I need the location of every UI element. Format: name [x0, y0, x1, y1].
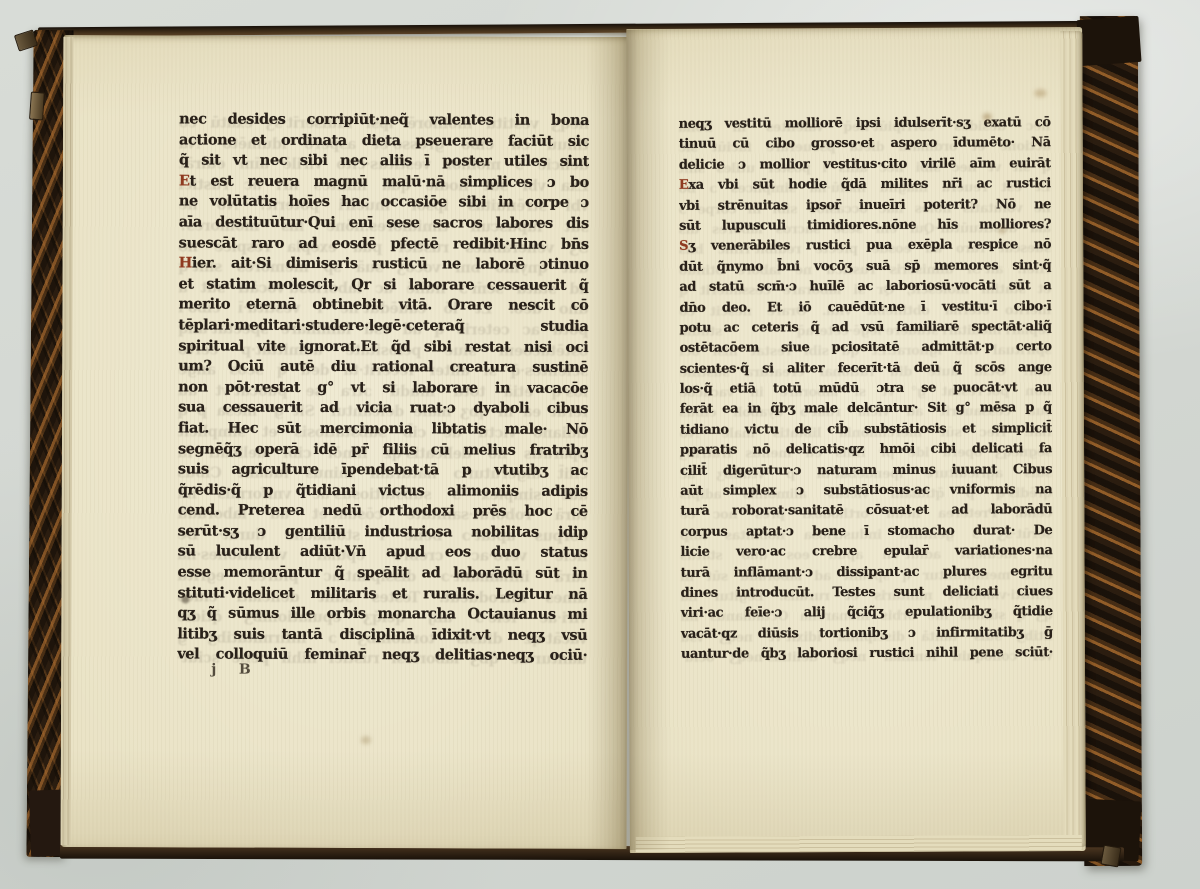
signature-mark: j B	[211, 662, 253, 678]
text-line: sua cessauerit ad vicia ruat·ɔ dyaboli c…	[178, 398, 588, 420]
text-line: ad statū scm̄·ɔ huīlē ac laboriosū·vocāt…	[679, 276, 1051, 298]
ink-spot	[181, 595, 189, 603]
text-line: fiat. Hec sūt mercimonia libtatis male· …	[178, 418, 588, 440]
text-line: Exa vbi sūt hodie q̃dā milites nr̄i ac r…	[679, 174, 1051, 196]
foxing-spot	[1034, 89, 1046, 97]
text-line: non pōt·restat g° vt si laborare in vaca…	[178, 377, 588, 399]
text-line: ferāt ea in q̃bʒ male delcāntur· Sit g° …	[680, 399, 1052, 421]
text-line: scientes·q̃ si aliter fecerīt·tā deū q̃ …	[680, 358, 1052, 380]
text-line: turā roborat·sanitatē cōsuat·et ad labor…	[680, 501, 1052, 523]
text-line: Sʒ venerābiles rustici pua exēpla respic…	[679, 235, 1051, 257]
text-line: delicie ɔ mollior vestitus·cito virilē a…	[679, 154, 1051, 176]
text-line: stituti·videlicet militaris et ruralis. …	[177, 583, 587, 605]
text-line: cend. Preterea nedū orthodoxi prēs hoc c…	[178, 501, 588, 523]
text-line: suescāt raro ad eosdē pfectē redibit·Hin…	[179, 233, 589, 255]
text-line: ne volūtatis hoīes hac occasiōe sibi in …	[179, 192, 589, 214]
text-line: licie vero·ac crebre epular̄ variationes…	[680, 541, 1052, 563]
text-line: ostētacōem siue pciositatē admittāt·p ce…	[680, 337, 1052, 359]
text-line: tēplari·meditari·studere·legē·ceteraq̃ s…	[178, 315, 588, 337]
text-line: tidiano victu de cib̄ substātiosis et si…	[680, 419, 1052, 441]
text-line: litibʒ suis tantā disciplinā īdixit·vt n…	[177, 624, 587, 646]
text-line: vbi strēnuitas ipsor̄ inueīri poterit? N…	[679, 195, 1051, 217]
left-page-edge-stack	[61, 37, 74, 845]
cover-corner-top-right	[1076, 16, 1141, 66]
text-line: pparatis nō delicatis·qz hmōi cibi delic…	[680, 439, 1052, 461]
text-line: spiritual vite ignorat.Et q̃d sibi resta…	[178, 336, 588, 358]
foxing-spot	[983, 113, 992, 120]
foxing-spot	[999, 227, 1005, 233]
right-page-fore-edge-stack	[1060, 31, 1086, 847]
text-line: tinuū cū cibo grosso·et aspero īdumēto· …	[679, 134, 1051, 156]
text-line: sū luculent adiūt·Vn̄ apud eos duo statu…	[178, 542, 588, 564]
text-line: turā inflāmant·ɔ dissipant·ac plures egr…	[681, 562, 1053, 584]
text-line: dines introducūt. Testes sunt deliciati …	[681, 582, 1053, 604]
text-line: segnēq̃ʒ operā idē pr̄ filiis cū melius …	[178, 439, 588, 461]
text-line: potu ac ceteris q̃ ad vsū familiarē spec…	[679, 317, 1051, 339]
text-line: aīa destituūtur·Qui enī sese sacros labo…	[179, 212, 589, 234]
foxing-spot	[361, 736, 371, 744]
open-book: neqʒ vestitū molliorē ipsi idulserīt·sʒ …	[0, 0, 1200, 889]
text-line: et statim molescit, Qr si laborare cessa…	[179, 274, 589, 296]
text-line: sūt lupusculi timidiores.nōne hīs mollio…	[679, 215, 1051, 237]
right-page: nec desides corripiūt·neq̃ valentes in b…	[626, 27, 1086, 853]
text-line: nec desides corripiūt·neq̃ valentes in b…	[179, 109, 589, 131]
text-line: dn̄o deo. Et iō cauēdūt·ne ī vestitu·ī c…	[679, 297, 1051, 319]
text-line: q̃rēdis·q̃ p q̃tidiani victus alimoniis …	[178, 480, 588, 502]
text-line: serūt·sʒ ɔ gentiliū industriosa nobilita…	[178, 521, 588, 543]
text-line: aūt simplex ɔ substātiosus·ac vniformis …	[680, 480, 1052, 502]
right-cover-marbled-leather	[1080, 16, 1142, 866]
text-line: Et est reuera magnū malū·nā simplices ɔ …	[179, 171, 589, 193]
text-line: corpus aptat·ɔ bene ī stomacho durat· De	[680, 521, 1052, 543]
text-line: actione et ordinata dieta pseuerare faci…	[179, 130, 589, 152]
text-line: los·q̃ etiā totū mūdū ɔtra se puocāt·vt …	[680, 378, 1052, 400]
text-line: cilit̄ digerūtur·ɔ naturam minus iuuant …	[680, 460, 1052, 482]
clasp-remnant-left	[29, 92, 45, 121]
text-line: q̃ sit vt nec sibi nec aliis ī poster ut…	[179, 151, 589, 173]
text-line: Hier. ait·Si dimiseris rusticū ne laborē…	[179, 254, 589, 276]
text-line: dūt q̃nymo b̄ni vocōʒ suā sp̄ memores si…	[679, 256, 1051, 278]
text-line: merito eternā obtinebit vitā. Orare nesc…	[178, 295, 588, 317]
text-line: uantur·de q̃bʒ laboriosi rustici nihil p…	[681, 643, 1053, 665]
left-page: neqʒ vestitū molliorē ipsi idulserīt·sʒ …	[61, 35, 630, 849]
right-page-text-block: neqʒ vestitū molliorē ipsi idulserīt·sʒ …	[679, 113, 1053, 665]
left-page-text-block: nec desides corripiūt·neq̃ valentes in b…	[177, 109, 589, 666]
clasp-remnant-bottom-right	[1100, 845, 1121, 868]
text-line: esse memorāntur q̃ speālit ad laborādū s…	[178, 562, 588, 584]
text-line: qʒ q̃ sūmus ille orbis monarcha Octauian…	[177, 604, 587, 626]
text-line: neqʒ vestitū molliorē ipsi idulserīt·sʒ …	[679, 113, 1051, 135]
right-page-bottom-edge-stack	[636, 835, 1082, 853]
photo-background: neqʒ vestitū molliorē ipsi idulserīt·sʒ …	[0, 0, 1200, 889]
text-line: vacāt·qz diūsis tortionibʒ ɔ infirmitati…	[681, 623, 1053, 645]
text-line: viri·ac feīe·ɔ alij q̃ciq̃ʒ epulationibʒ…	[681, 603, 1053, 625]
text-line: suis agriculture īpendebat·tā p vtutibʒ …	[178, 460, 588, 482]
text-line: um? Ociū autē diu rational creatura sust…	[178, 357, 588, 379]
